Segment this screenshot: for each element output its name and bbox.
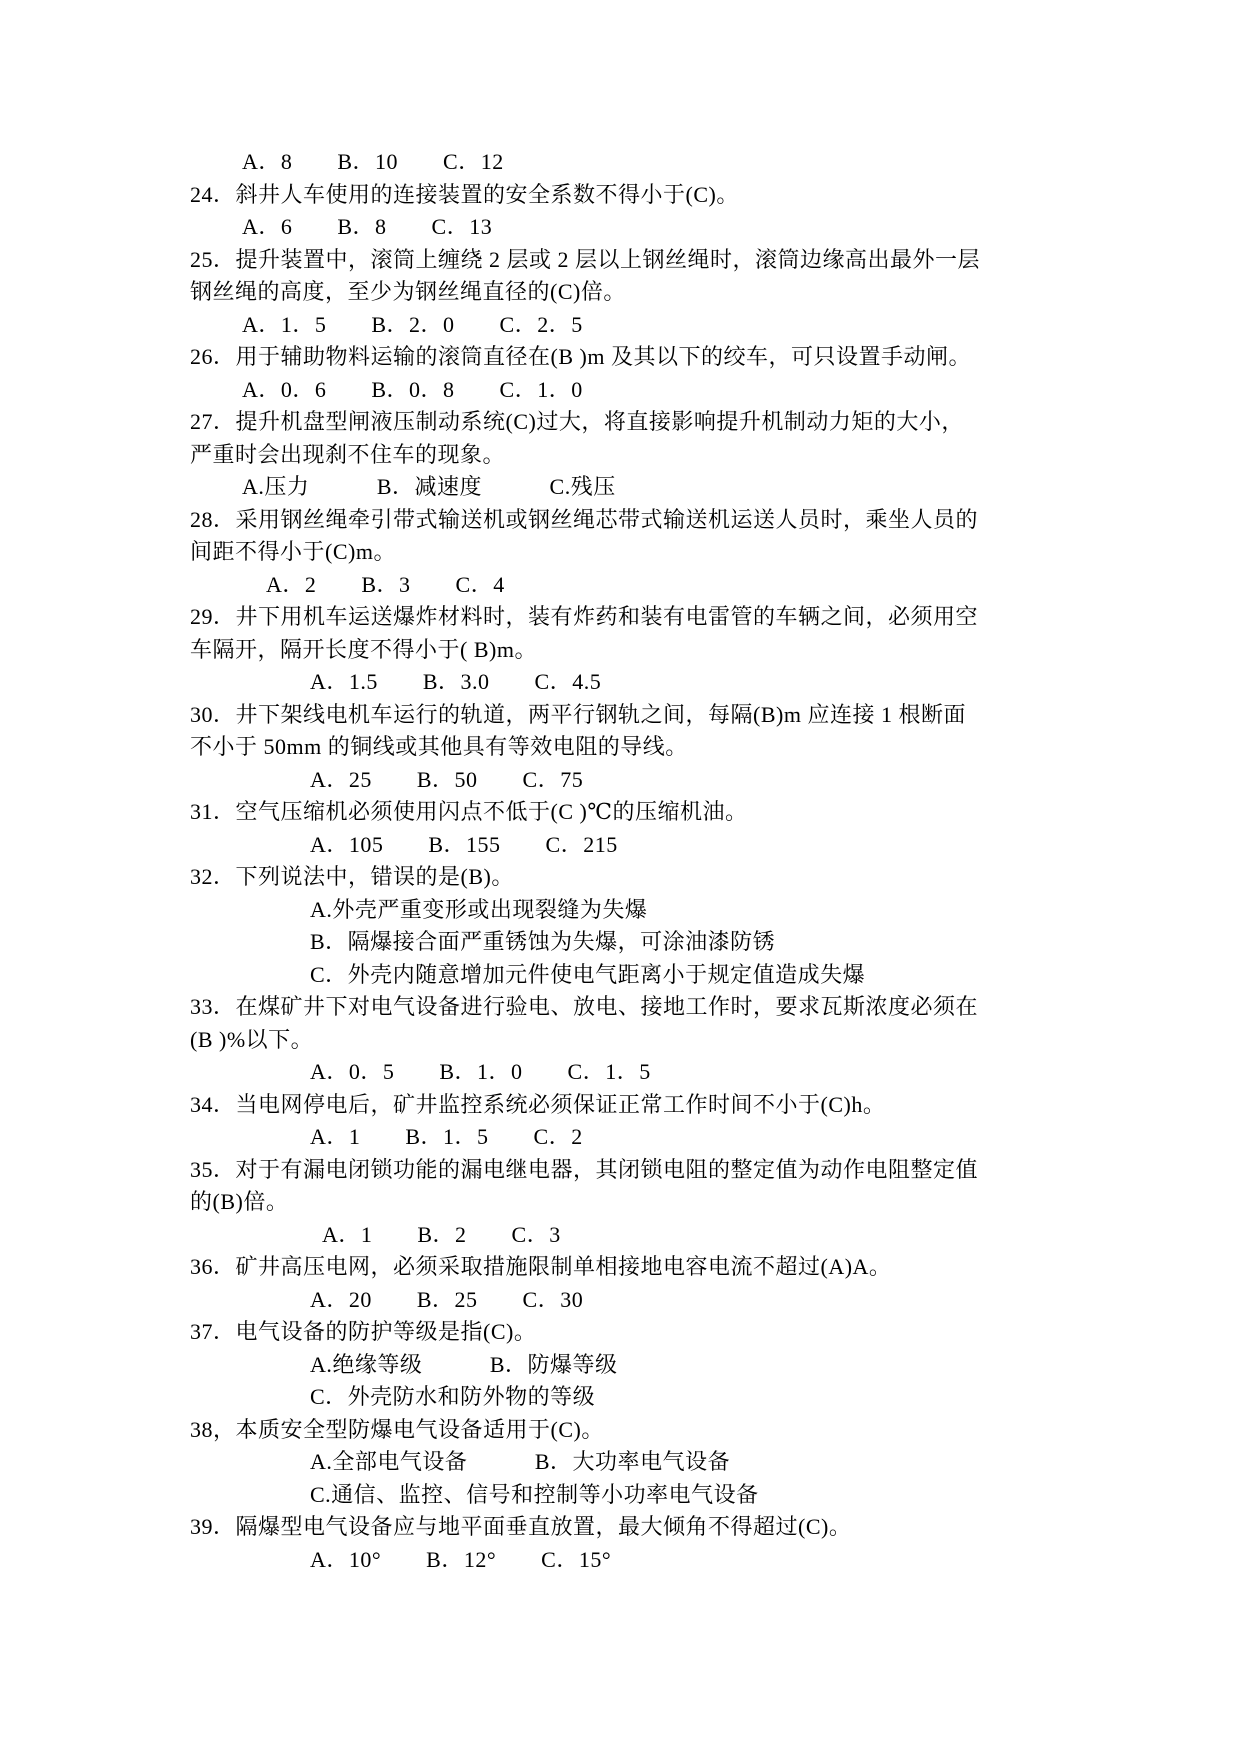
document-page: A．8 B．10 C．12 24．斜井人车使用的连接装置的安全系数不得小于(C)… xyxy=(0,0,1241,1754)
question-37-option-c: C．外壳防水和防外物的等级 xyxy=(0,1381,1241,1414)
question-29-stem-2: 车隔开，隔开长度不得小于( B)m。 xyxy=(0,634,1241,667)
question-24-options: A．6 B．8 C．13 xyxy=(0,211,1241,244)
question-25-options: A．1．5 B．2．0 C．2．5 xyxy=(0,309,1241,342)
question-25-stem-2: 钢丝绳的高度，至少为钢丝绳直径的(C)倍。 xyxy=(0,276,1241,309)
question-33-stem-1: 33．在煤矿井下对电气设备进行验电、放电、接地工作时，要求瓦斯浓度必须在 xyxy=(0,991,1241,1024)
question-38-option-c: C.通信、监控、信号和控制等小功率电气设备 xyxy=(0,1479,1241,1512)
question-28-stem-1: 28．采用钢丝绳牵引带式输送机或钢丝绳芯带式输送机运送人员时，乘坐人员的 xyxy=(0,504,1241,537)
previous-question-options: A．8 B．10 C．12 xyxy=(0,146,1241,179)
question-27-stem-1: 27．提升机盘型闸液压制动系统(C)过大，将直接影响提升机制动力矩的大小， xyxy=(0,406,1241,439)
question-31-options: A．105 B．155 C．215 xyxy=(0,829,1241,862)
question-30-stem-1: 30．井下架线电机车运行的轨道，两平行钢轨之间，每隔(B)m 应连接 1 根断面 xyxy=(0,699,1241,732)
question-34-options: A．1 B．1．5 C．2 xyxy=(0,1121,1241,1154)
question-29-options: A．1.5 B．3.0 C．4.5 xyxy=(0,666,1241,699)
question-27-stem-2: 严重时会出现刹不住车的现象。 xyxy=(0,439,1241,472)
question-33-stem-2: (B )%以下。 xyxy=(0,1024,1241,1057)
question-36-options: A．20 B．25 C．30 xyxy=(0,1284,1241,1317)
question-39-options: A．10° B．12° C．15° xyxy=(0,1544,1241,1577)
question-35-options: A．1 B．2 C．3 xyxy=(0,1219,1241,1252)
question-32-option-b: B．隔爆接合面严重锈蚀为失爆，可涂油漆防锈 xyxy=(0,926,1241,959)
question-33-options: A．0．5 B．1．0 C．1．5 xyxy=(0,1056,1241,1089)
question-34-stem: 34．当电网停电后，矿井监控系统必须保证正常工作时间不小于(C)h。 xyxy=(0,1089,1241,1122)
question-27-options: A.压力 B．减速度 C.残压 xyxy=(0,471,1241,504)
question-list: A．8 B．10 C．12 24．斜井人车使用的连接装置的安全系数不得小于(C)… xyxy=(0,146,1241,1576)
question-32-option-a: A.外壳严重变形或出现裂缝为失爆 xyxy=(0,894,1241,927)
question-39-stem: 39．隔爆型电气设备应与地平面垂直放置，最大倾角不得超过(C)。 xyxy=(0,1511,1241,1544)
question-31-stem: 31．空气压缩机必须使用闪点不低于(C )℃的压缩机油。 xyxy=(0,796,1241,829)
question-25-stem-1: 25．提升装置中，滚筒上缠绕 2 层或 2 层以上钢丝绳时，滚筒边缘高出最外一层 xyxy=(0,244,1241,277)
question-37-stem: 37．电气设备的防护等级是指(C)。 xyxy=(0,1316,1241,1349)
question-35-stem-2: 的(B)倍。 xyxy=(0,1186,1241,1219)
question-28-stem-2: 间距不得小于(C)m。 xyxy=(0,536,1241,569)
question-30-stem-2: 不小于 50mm 的铜线或其他具有等效电阻的导线。 xyxy=(0,731,1241,764)
question-29-stem-1: 29．井下用机车运送爆炸材料时，装有炸药和装有电雷管的车辆之间，必须用空 xyxy=(0,601,1241,634)
question-38-options-ab: A.全部电气设备 B．大功率电气设备 xyxy=(0,1446,1241,1479)
question-35-stem-1: 35．对于有漏电闭锁功能的漏电继电器，其闭锁电阻的整定值为动作电阻整定值 xyxy=(0,1154,1241,1187)
question-24-stem: 24．斜井人车使用的连接装置的安全系数不得小于(C)。 xyxy=(0,179,1241,212)
question-28-options: A．2 B．3 C．4 xyxy=(0,569,1241,602)
question-30-options: A．25 B．50 C．75 xyxy=(0,764,1241,797)
question-37-options-ab: A.绝缘等级 B．防爆等级 xyxy=(0,1349,1241,1382)
question-32-stem: 32．下列说法中，错误的是(B)。 xyxy=(0,861,1241,894)
question-32-option-c: C．外壳内随意增加元件使电气距离小于规定值造成失爆 xyxy=(0,959,1241,992)
question-26-stem: 26．用于辅助物料运输的滚筒直径在(B )m 及其以下的绞车，可只设置手动闸。 xyxy=(0,341,1241,374)
question-26-options: A．0．6 B．0．8 C．1．0 xyxy=(0,374,1241,407)
question-36-stem: 36．矿井高压电网，必须采取措施限制单相接地电容电流不超过(A)A。 xyxy=(0,1251,1241,1284)
question-38-stem: 38，本质安全型防爆电气设备适用于(C)。 xyxy=(0,1414,1241,1447)
